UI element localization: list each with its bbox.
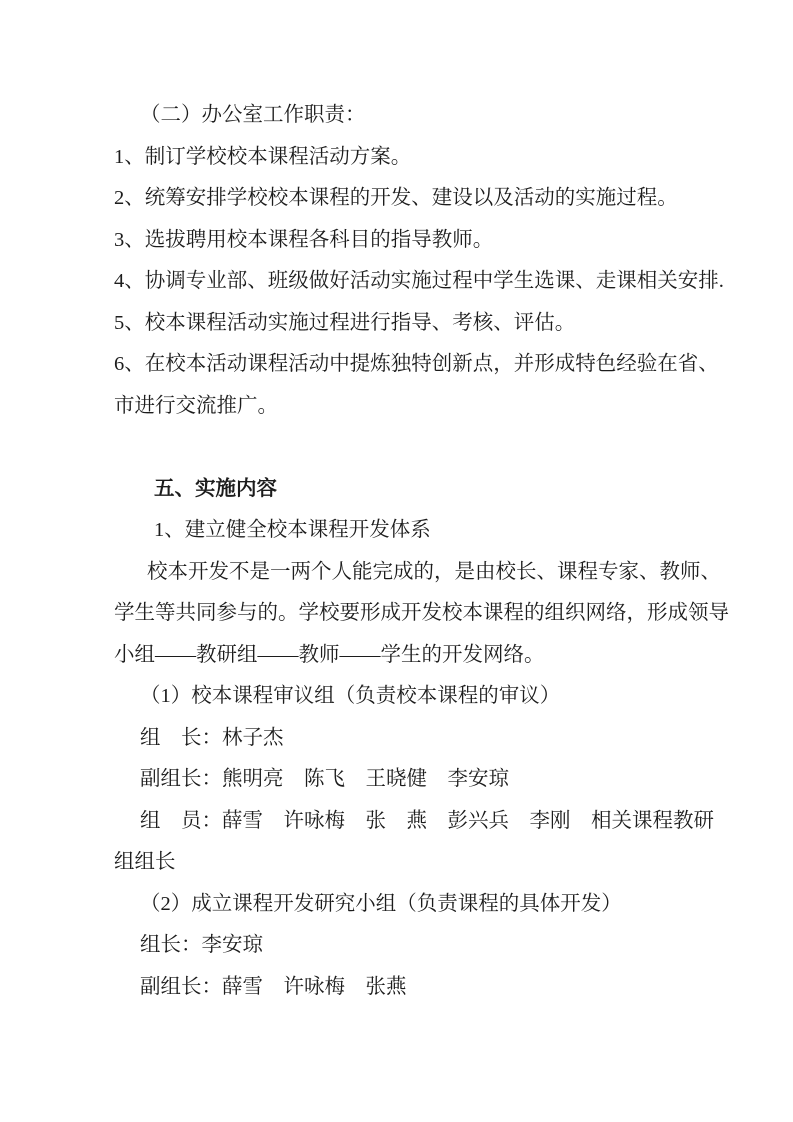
duty-item-3: 3、选拔聘用校本课程各科目的指导教师。 (114, 220, 793, 262)
duty-item-6-continuation: 市进行交流推广。 (114, 386, 793, 428)
intro-paragraph-line-3: 小组——教研组——教师——学生的开发网络。 (114, 635, 793, 677)
implementation-section-heading: 五、实施内容 (114, 469, 793, 511)
intro-paragraph-line-1: 校本开发不是一两个人能完成的，是由校长、课程专家、教师、 (114, 552, 793, 594)
document-page: （二）办公室工作职责： 1、制订学校校本课程活动方案。 2、统筹安排学校校本课程… (0, 0, 793, 1122)
review-group-members: 组 员：薛雪 许咏梅 张 燕 彭兴兵 李刚 相关课程教研 (114, 801, 793, 843)
duty-item-5: 5、校本课程活动实施过程进行指导、考核、评估。 (114, 303, 793, 345)
duty-item-6: 6、在校本活动课程活动中提炼独特创新点，并形成特色经验在省、 (114, 344, 793, 386)
duty-item-2: 2、统筹安排学校校本课程的开发、建设以及活动的实施过程。 (114, 178, 793, 220)
development-group-leader: 组长：李安琼 (114, 925, 793, 967)
review-group-title: （1）校本课程审议组（负责校本课程的审议） (114, 676, 793, 718)
duty-item-4: 4、协调专业部、班级做好活动实施过程中学生选课、走课相关安排. (114, 261, 793, 303)
implementation-subheading: 1、建立健全校本课程开发体系 (114, 510, 793, 552)
review-group-leader: 组 长：林子杰 (114, 718, 793, 760)
review-group-deputy-leaders: 副组长：熊明亮 陈飞 王晓健 李安琼 (114, 759, 793, 801)
development-group-title: （2）成立课程开发研究小组（负责课程的具体开发） (114, 884, 793, 926)
intro-paragraph-line-2: 学生等共同参与的。学校要形成开发校本课程的组织网络，形成领导 (114, 593, 793, 635)
development-group-deputy-leaders: 副组长：薛雪 许咏梅 张燕 (114, 967, 793, 1009)
duty-item-1: 1、制订学校校本课程活动方案。 (114, 137, 793, 179)
review-group-members-continuation: 组组长 (114, 842, 793, 884)
office-duties-heading: （二）办公室工作职责： (114, 95, 793, 137)
